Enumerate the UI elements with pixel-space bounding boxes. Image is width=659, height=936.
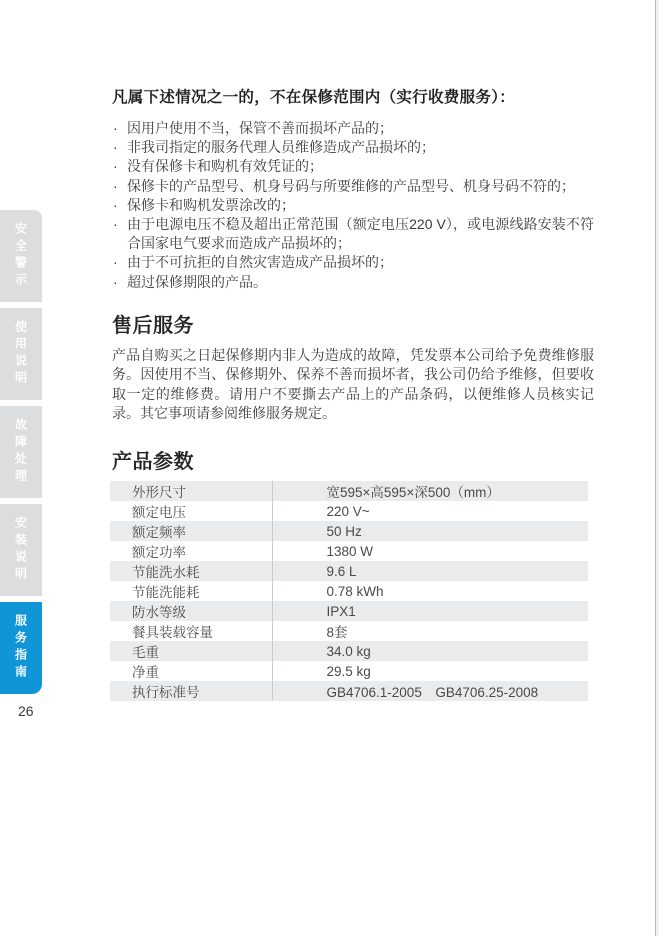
sidebar-tab-label: 安全警示 [13, 222, 30, 290]
bullet-icon: · [113, 253, 118, 272]
param-value: 宽595×高595×深500（mm） [272, 481, 588, 501]
bullet-icon: · [113, 177, 118, 196]
warranty-exclusions-heading: 凡属下述情况之一的，不在保修范围内（实行收费服务）： [112, 88, 594, 108]
sidebar-tab: 服务指南 [0, 602, 42, 694]
warranty-exclusion-item: · 非我司指定的服务代理人员维修造成产品损坏的； [112, 138, 594, 157]
page-number: 26 [18, 703, 34, 719]
param-label: 额定电压 [110, 501, 272, 521]
param-row: 额定频率 50 Hz [110, 521, 588, 541]
param-value: 8套 [272, 621, 588, 641]
product-params-body: 外形尺寸 宽595×高595×深500（mm） 额定电压 220 V~ 额定频率… [110, 481, 588, 701]
param-value: 220 V~ [272, 501, 588, 521]
warranty-exclusion-text: 没有保修卡和购机有效凭证的； [127, 158, 323, 174]
warranty-exclusion-item: · 保修卡和购机发票涂改的； [112, 196, 594, 215]
warranty-exclusion-item: · 由于电源电压不稳及超出正常范围（额定电压220 V），或电源线路安装不符合国… [112, 215, 594, 253]
param-row: 额定功率 1380 W [110, 541, 588, 561]
param-row: 额定电压 220 V~ [110, 501, 588, 521]
sidebar-tab: 使用说明 [0, 308, 42, 400]
after-sales-heading: 售后服务 [112, 314, 594, 338]
param-label: 毛重 [110, 641, 272, 661]
bullet-icon: · [113, 215, 118, 234]
warranty-exclusion-text: 因用户使用不当，保管不善而损坏产品的； [127, 120, 393, 136]
product-params-heading: 产品参数 [112, 450, 594, 474]
param-value: GB4706.1-2005 GB4706.25-2008 [272, 681, 588, 701]
param-value: 0.78 kWh [272, 581, 588, 601]
warranty-exclusion-item: · 保修卡的产品型号、机身号码与所要维修的产品型号、机身号码不符的； [112, 177, 594, 196]
warranty-exclusion-item: · 因用户使用不当，保管不善而损坏产品的； [112, 119, 594, 138]
after-sales-paragraph: 产品自购买之日起保修期内非人为造成的故障，凭发票本公司给予免费维修服务。因使用不… [112, 346, 594, 424]
warranty-exclusion-text: 由于不可抗拒的自然灾害造成产品损坏的； [127, 254, 393, 270]
param-value: 29.5 kg [272, 661, 588, 681]
bullet-icon: · [113, 157, 118, 176]
param-value: 1380 W [272, 541, 588, 561]
param-row: 防水等级 IPX1 [110, 601, 588, 621]
sidebar-tab-label: 使用说明 [13, 320, 30, 388]
param-row: 净重 29.5 kg [110, 661, 588, 681]
param-label: 额定频率 [110, 521, 272, 541]
bullet-icon: · [113, 138, 118, 157]
warranty-exclusions-list: · 因用户使用不当，保管不善而损坏产品的； · 非我司指定的服务代理人员维修造成… [112, 119, 594, 292]
warranty-exclusion-text: 保修卡和购机发票涂改的； [127, 197, 295, 213]
warranty-exclusion-text: 保修卡的产品型号、机身号码与所要维修的产品型号、机身号码不符的； [127, 178, 575, 194]
param-label: 餐具装载容量 [110, 621, 272, 641]
warranty-exclusion-item: · 没有保修卡和购机有效凭证的； [112, 157, 594, 176]
param-label: 外形尺寸 [110, 481, 272, 501]
bullet-icon: · [113, 119, 118, 138]
param-row: 执行标准号 GB4706.1-2005 GB4706.25-2008 [110, 681, 588, 701]
product-params-table: 外形尺寸 宽595×高595×深500（mm） 额定电压 220 V~ 额定频率… [110, 481, 588, 701]
param-label: 节能洗水耗 [110, 561, 272, 581]
param-row: 节能洗水耗 9.6 L [110, 561, 588, 581]
sidebar-index-tabs: 安全警示 使用说明 故障处理 安装说明 服务指南 [0, 210, 42, 694]
page-edge-shadow [655, 0, 659, 936]
warranty-exclusion-item: · 由于不可抗拒的自然灾害造成产品损坏的； [112, 253, 594, 272]
param-value: IPX1 [272, 601, 588, 621]
warranty-exclusion-text: 超过保修期限的产品。 [127, 274, 267, 290]
main-content: 凡属下述情况之一的，不在保修范围内（实行收费服务）： · 因用户使用不当，保管不… [112, 88, 594, 701]
warranty-exclusion-text: 由于电源电压不稳及超出正常范围（额定电压220 V），或电源线路安装不符合国家电… [127, 216, 594, 251]
sidebar-tab: 故障处理 [0, 406, 42, 498]
warranty-exclusion-item: · 超过保修期限的产品。 [112, 273, 594, 292]
sidebar-tab-label: 服务指南 [13, 614, 30, 682]
bullet-icon: · [113, 196, 118, 215]
sidebar-tab: 安全警示 [0, 210, 42, 302]
param-value: 50 Hz [272, 521, 588, 541]
sidebar-tab: 安装说明 [0, 504, 42, 596]
param-label: 净重 [110, 661, 272, 681]
param-label: 执行标准号 [110, 681, 272, 701]
param-row: 餐具装载容量 8套 [110, 621, 588, 641]
param-label: 节能洗能耗 [110, 581, 272, 601]
param-row: 外形尺寸 宽595×高595×深500（mm） [110, 481, 588, 501]
param-value: 9.6 L [272, 561, 588, 581]
param-value: 34.0 kg [272, 641, 588, 661]
param-row: 毛重 34.0 kg [110, 641, 588, 661]
param-row: 节能洗能耗 0.78 kWh [110, 581, 588, 601]
sidebar-tab-label: 故障处理 [13, 418, 30, 486]
sidebar-tab-label: 安装说明 [13, 516, 30, 584]
warranty-exclusion-text: 非我司指定的服务代理人员维修造成产品损坏的； [127, 139, 435, 155]
param-label: 额定功率 [110, 541, 272, 561]
bullet-icon: · [113, 273, 118, 292]
param-label: 防水等级 [110, 601, 272, 621]
